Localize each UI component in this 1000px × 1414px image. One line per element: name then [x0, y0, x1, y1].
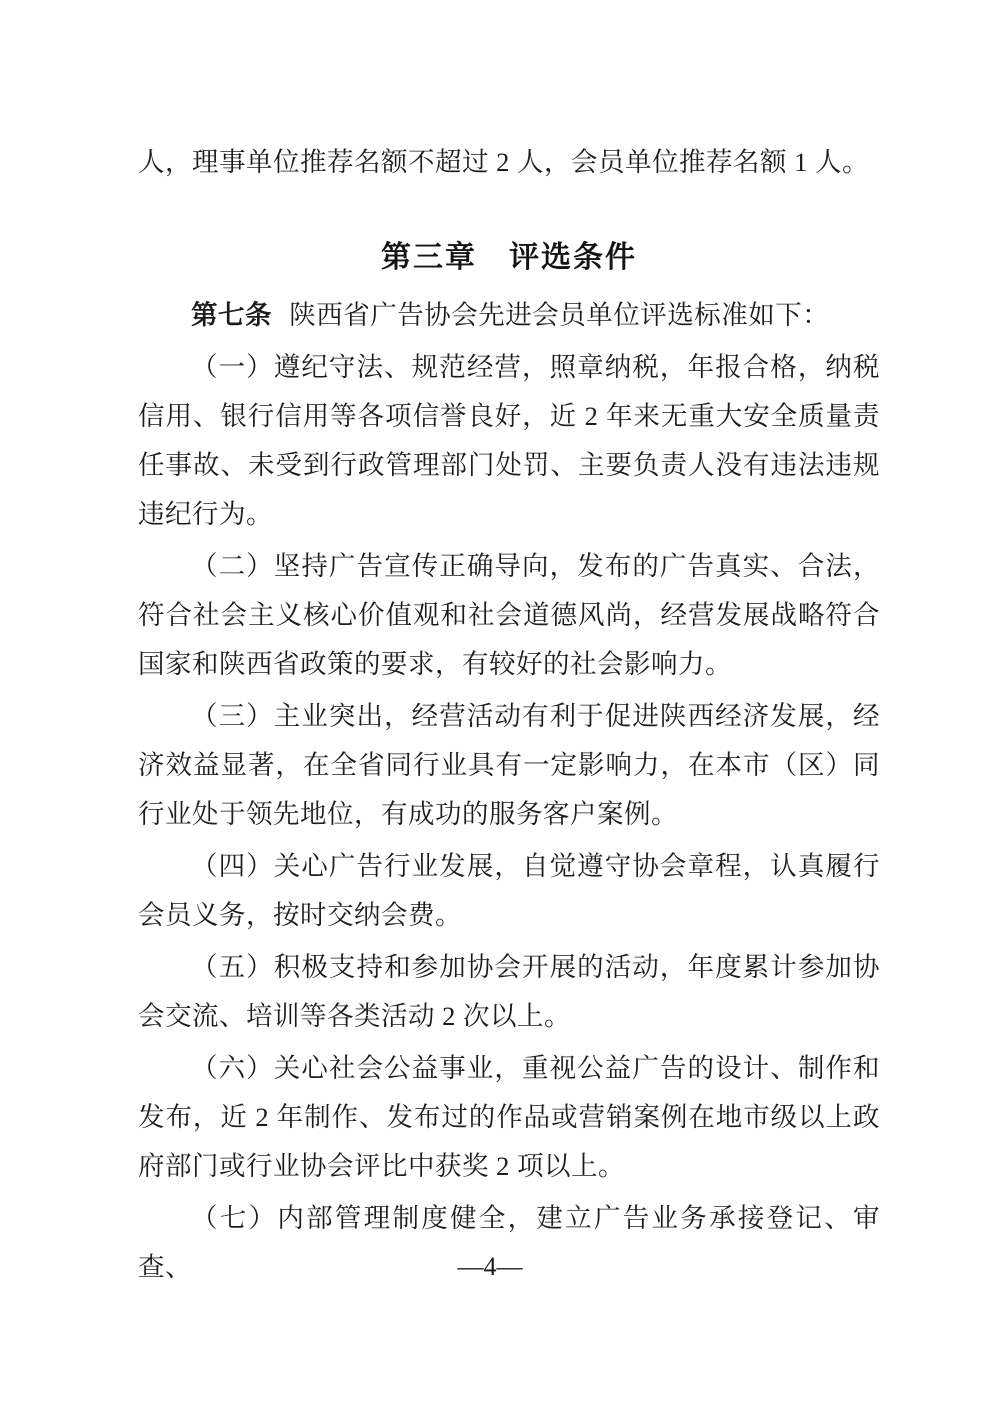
criteria-item-6: （六）关心社会公益事业，重视公益广告的设计、制作和发布，近 2 年制作、发布过的…: [138, 1044, 880, 1191]
criteria-item-4: （四）关心广告行业发展，自觉遵守协会章程，认真履行会员义务，按时交纳会费。: [138, 842, 880, 940]
criteria-item-5: （五）积极支持和参加协会开展的活动，年度累计参加协会交流、培训等各类活动 2 次…: [138, 943, 880, 1041]
page-number: —4—: [0, 1252, 980, 1282]
criteria-item-1: （一）遵纪守法、规范经营，照章纳税，年报合格，纳税信用、银行信用等各项信誉良好，…: [138, 343, 880, 539]
continuation-paragraph: 人，理事单位推荐名额不超过 2 人，会员单位推荐名额 1 人。: [138, 138, 880, 187]
article-number: 第七条: [191, 300, 272, 330]
criteria-item-2: （二）坚持广告宣传正确导向，发布的广告真实、合法，符合社会主义核心价值观和社会道…: [138, 542, 880, 689]
article-intro-text: 陕西省广告协会先进会员单位评选标准如下：: [289, 300, 829, 330]
article-paragraph: 第七条陕西省广告协会先进会员单位评选标准如下：: [138, 291, 880, 340]
chapter-heading: 第三章 评选条件: [138, 237, 880, 279]
document-body: 人，理事单位推荐名额不超过 2 人，会员单位推荐名额 1 人。 第三章 评选条件…: [138, 138, 880, 1295]
document-page: 人，理事单位推荐名额不超过 2 人，会员单位推荐名额 1 人。 第三章 评选条件…: [0, 0, 1000, 1414]
criteria-item-3: （三）主业突出，经营活动有利于促进陕西经济发展，经济效益显著，在全省同行业具有一…: [138, 692, 880, 839]
